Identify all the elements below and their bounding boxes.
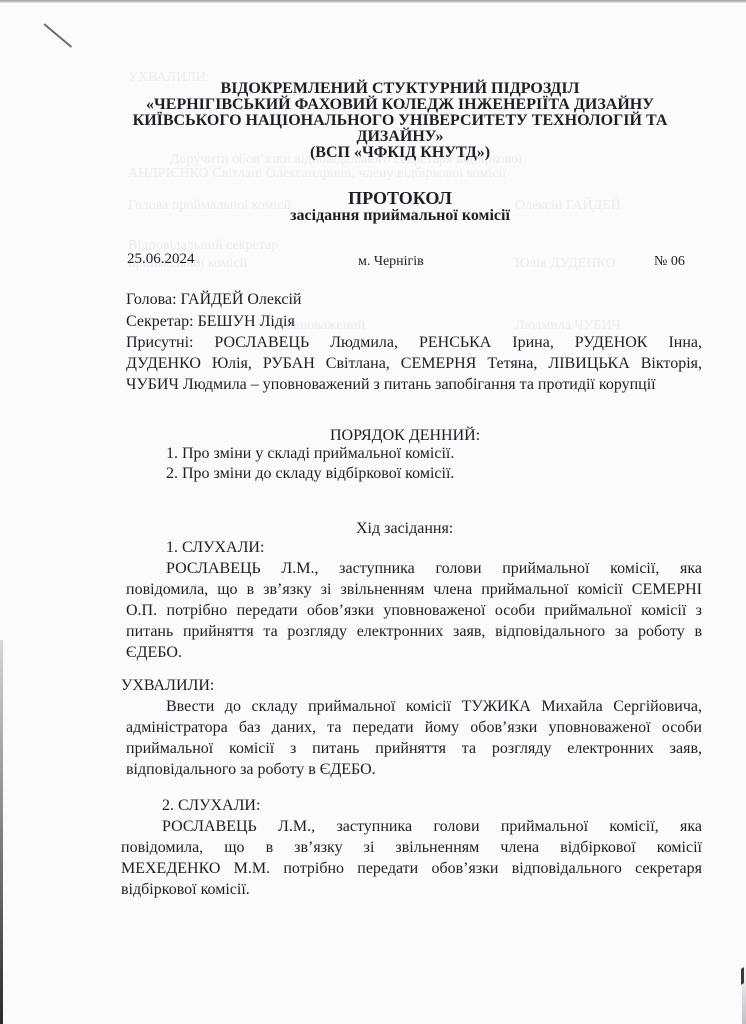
agenda-heading: ПОРЯДОК ДЕННИЙ: [330, 426, 480, 446]
document-title: ПРОТОКОЛ [100, 188, 700, 208]
attendees-line: Присутні: РОСЛАВЕЦЬ Людмила, РЕНСЬКА Іри… [126, 333, 702, 354]
heard-text-line: повідомила, що в зв’язку зі звільненням … [121, 838, 702, 859]
heard-label-1: 1. СЛУХАЛИ: [166, 538, 264, 558]
agenda-item: 1. Про зміни у складі приймальної комісі… [166, 444, 454, 464]
heard-text-line: РОСЛАВЕЦЬ Л.М., заступника голови прийма… [162, 817, 702, 838]
scanned-document-page: УХВАЛИЛИ: Доручити обов’язки відповідаль… [0, 0, 746, 1024]
institution-abbreviation: (ВСП «ЧФКІД КНУТД») [100, 144, 700, 162]
resolved-text-line: приймальної комісії з питань прийняття т… [126, 739, 702, 760]
chair-line: Голова: ГАЙДЕЙ Олексій [126, 290, 302, 310]
resolved-text-line: відповідального за роботу в ЄДЕБО. [126, 760, 702, 781]
heard-text-line: МЕХЕДЕНКО М.М. потрібно передати обов’яз… [121, 859, 702, 880]
bleed-through-text: Юлія ДУДЕНКО [515, 256, 616, 272]
pen-stroke-mark [43, 23, 72, 48]
attendees-line: ЧУБИЧ Людмила – уповноважений з питань з… [126, 375, 716, 396]
meeting-city: м. Чернігів [358, 252, 424, 272]
protocol-number: № 06 [654, 252, 685, 272]
bleed-through-text: Людмила ЧУБИЧ [515, 318, 621, 334]
secretary-line: Секретар: БЕШУН Лідія [126, 312, 295, 332]
resolved-text-line: адміністратора баз даних, та передати йо… [126, 718, 702, 739]
heard-text-line: повідомила, що в зв’язку зі звільненням … [126, 580, 702, 601]
heard-text-line: ЄДЕБО. [126, 643, 702, 664]
scan-edge-left [0, 640, 3, 1024]
resolved-label: УХВАЛИЛИ: [121, 676, 214, 696]
scan-edge-top [0, 0, 746, 3]
heard-text-line: відбіркової комісії. [121, 880, 702, 901]
resolved-text-line: Ввести до складу приймальної комісії ТУЖ… [166, 697, 702, 718]
attendees-line: ДУДЕНКО Юлія, РУБАН Світлана, СЕМЕРНЯ Те… [126, 354, 702, 375]
meeting-date: 25.06.2024 [127, 249, 195, 269]
heard-text-line: питань прийняття та розгляду електронних… [126, 622, 702, 643]
proceedings-heading: Хід засідання: [356, 519, 453, 539]
agenda-item: 2. Про зміни до складу відбіркової коміс… [166, 464, 454, 484]
document-subtitle: засідання приймальної комісії [100, 207, 700, 225]
bleed-through-text: АНДРІЄНКО Світлані Олександрівні, члену … [128, 166, 506, 182]
heard-label-2: 2. СЛУХАЛИ: [162, 796, 260, 816]
heard-text-line: О.П. потрібно передати обов’язки уповнов… [126, 601, 702, 622]
scan-edge-mark [741, 967, 744, 985]
heard-text-line: РОСЛАВЕЦЬ Л.М., заступника голови прийма… [166, 559, 702, 580]
